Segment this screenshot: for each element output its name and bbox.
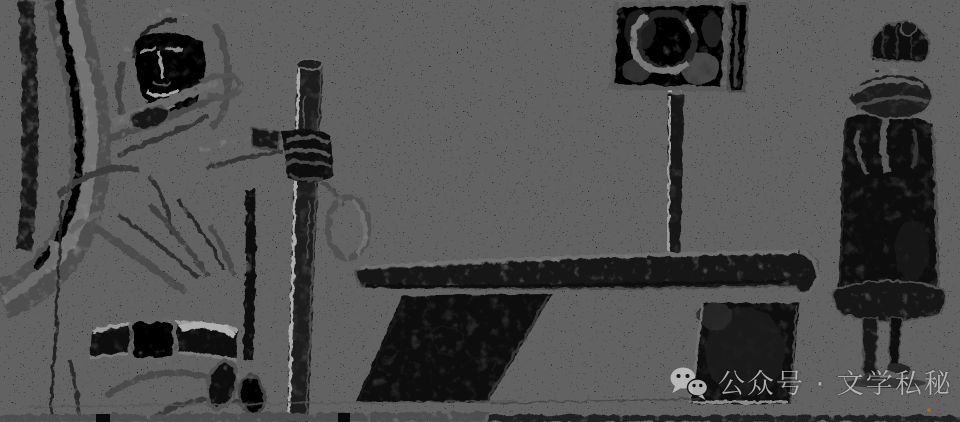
woman-shadow <box>846 378 926 388</box>
woman-fur-hem <box>833 281 945 322</box>
orange-speck <box>927 408 930 411</box>
engraving-artwork: 公众号 · 文学私秘 <box>0 0 960 422</box>
traveler-belt <box>90 320 238 360</box>
bench-leg-block <box>690 302 799 404</box>
woman-coat <box>838 113 940 294</box>
engraving-canvas <box>0 0 960 422</box>
traveler-hand <box>282 129 333 183</box>
hat-pompom <box>901 20 917 36</box>
